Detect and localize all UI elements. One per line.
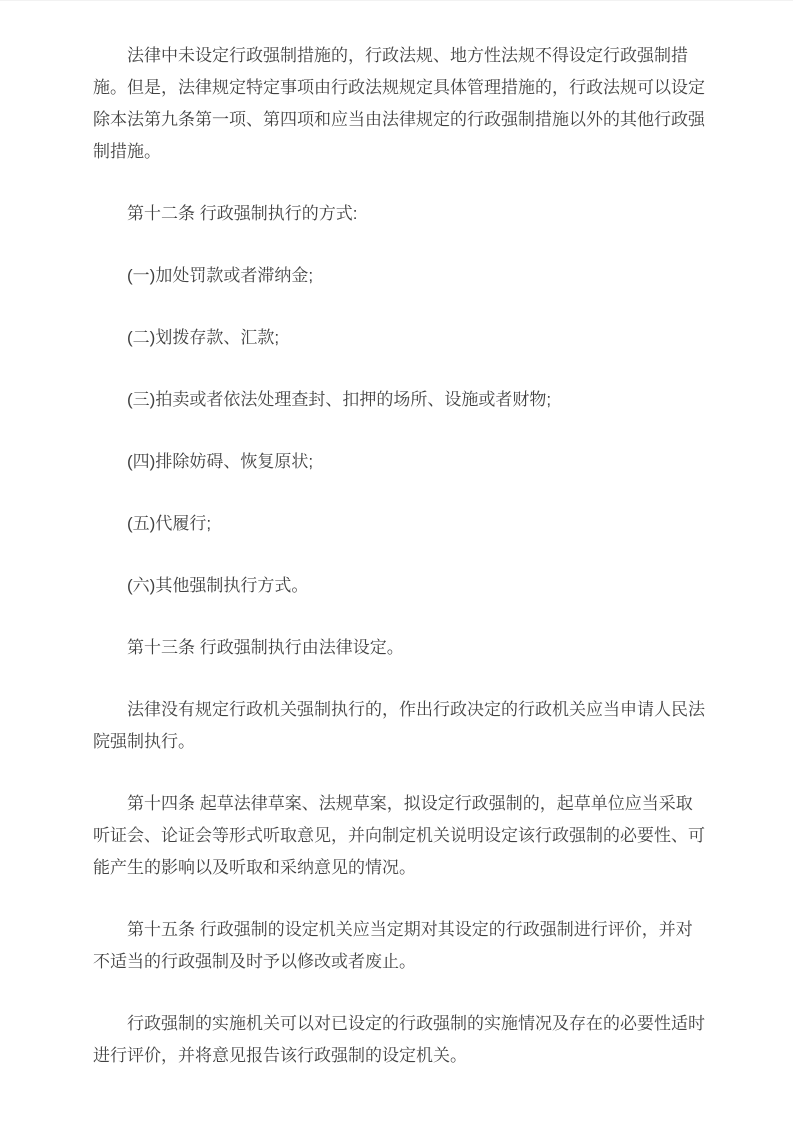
article-13: 第十三条 行政强制执行由法律设定。 [93, 632, 705, 664]
article-14: 第十四条 起草法律草案、法规草案，拟设定行政强制的，起草单位应当采取听证会、论证… [93, 788, 705, 884]
article-13-paragraph: 法律没有规定行政机关强制执行的，作出行政决定的行政机关应当申请人民法院强制执行。 [93, 694, 705, 758]
article-12-item-5: (五)代履行; [93, 508, 705, 540]
article-12-item-3: (三)拍卖或者依法处理查封、扣押的场所、设施或者财物; [93, 384, 705, 416]
document-page: 法律中未设定行政强制措施的，行政法规、地方性法规不得设定行政强制措施。但是，法律… [0, 0, 793, 1122]
article-12-item-4: (四)排除妨碍、恢复原状; [93, 446, 705, 478]
article-12-item-2: (二)划拨存款、汇款; [93, 322, 705, 354]
paragraph-law-regulation-limits: 法律中未设定行政强制措施的，行政法规、地方性法规不得设定行政强制措施。但是，法律… [93, 40, 705, 168]
article-12-intro: 第十二条 行政强制执行的方式: [93, 198, 705, 230]
document-body: 法律中未设定行政强制措施的，行政法规、地方性法规不得设定行政强制措施。但是，法律… [0, 1, 793, 1072]
article-12-item-1: (一)加处罚款或者滞纳金; [93, 260, 705, 292]
article-15: 第十五条 行政强制的设定机关应当定期对其设定的行政强制进行评价，并对不适当的行政… [93, 914, 705, 978]
article-15-paragraph: 行政强制的实施机关可以对已设定的行政强制的实施情况及存在的必要性适时进行评价，并… [93, 1008, 705, 1072]
article-12-item-6: (六)其他强制执行方式。 [93, 570, 705, 602]
